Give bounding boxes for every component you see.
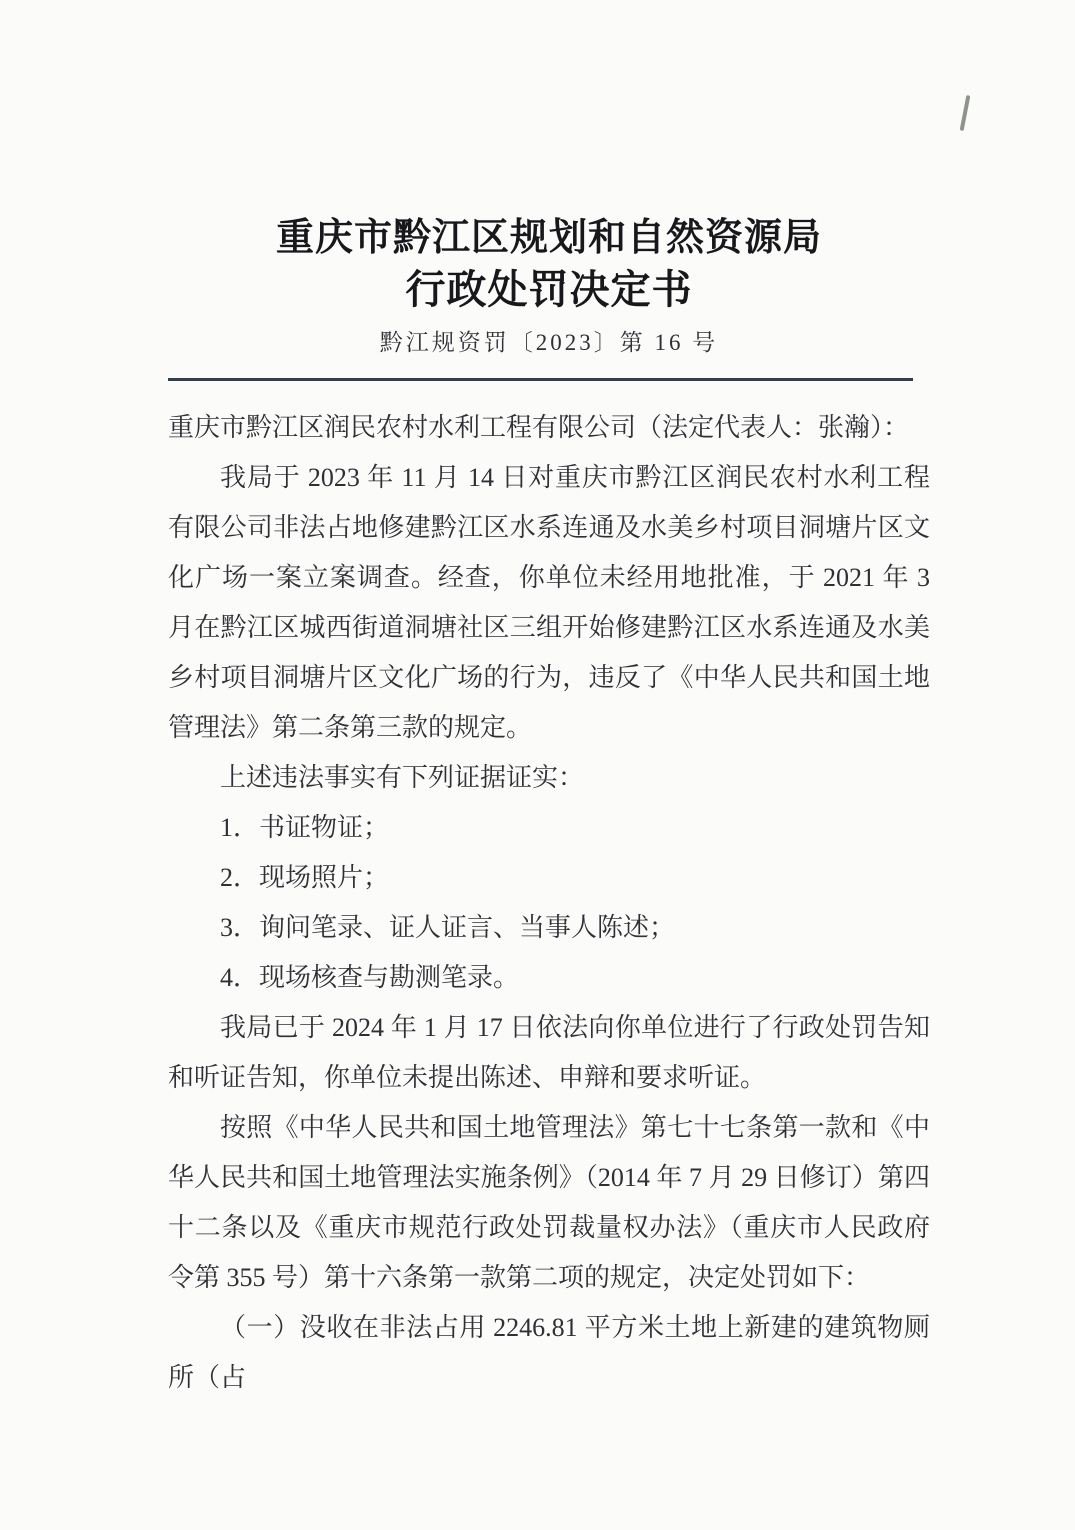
- document-title-line1: 重庆市黔江区规划和自然资源局: [168, 212, 930, 264]
- evidence-item-4: 4．现场核查与勘测笔录。: [168, 953, 930, 1003]
- paragraph-evidence-intro: 上述违法事实有下列证据证实：: [168, 753, 930, 803]
- header-divider: [168, 378, 913, 381]
- document-content: 重庆市黔江区规划和自然资源局 行政处罚决定书 黔江规资罚〔2023〕第 16 号…: [168, 0, 930, 1403]
- paragraph-legal-basis: 按照《中华人民共和国土地管理法》第七十七条第一款和《中华人民共和国土地管理法实施…: [168, 1103, 930, 1303]
- paragraph-addressee: 重庆市黔江区润民农村水利工程有限公司（法定代表人：张瀚）：: [168, 403, 930, 453]
- document-number: 黔江规资罚〔2023〕第 16 号: [168, 328, 930, 358]
- scanned-document-page: 重庆市黔江区规划和自然资源局 行政处罚决定书 黔江规资罚〔2023〕第 16 号…: [0, 0, 1075, 1530]
- paragraph-case-facts: 我局于 2023 年 11 月 14 日对重庆市黔江区润民农村水利工程有限公司非…: [168, 453, 930, 753]
- paragraph-notification: 我局已于 2024 年 1 月 17 日依法向你单位进行了行政处罚告知和听证告知…: [168, 1003, 930, 1103]
- evidence-item-1: 1．书证物证；: [168, 803, 930, 853]
- pen-stroke-mark: [960, 95, 971, 131]
- document-title-line2: 行政处罚决定书: [168, 264, 930, 316]
- paragraph-penalty-item-1: （一）没收在非法占用 2246.81 平方米土地上新建的建筑物厕所（占: [168, 1303, 930, 1403]
- evidence-item-3: 3．询问笔录、证人证言、当事人陈述；: [168, 903, 930, 953]
- evidence-item-2: 2．现场照片；: [168, 853, 930, 903]
- document-body: 重庆市黔江区润民农村水利工程有限公司（法定代表人：张瀚）： 我局于 2023 年…: [168, 403, 930, 1403]
